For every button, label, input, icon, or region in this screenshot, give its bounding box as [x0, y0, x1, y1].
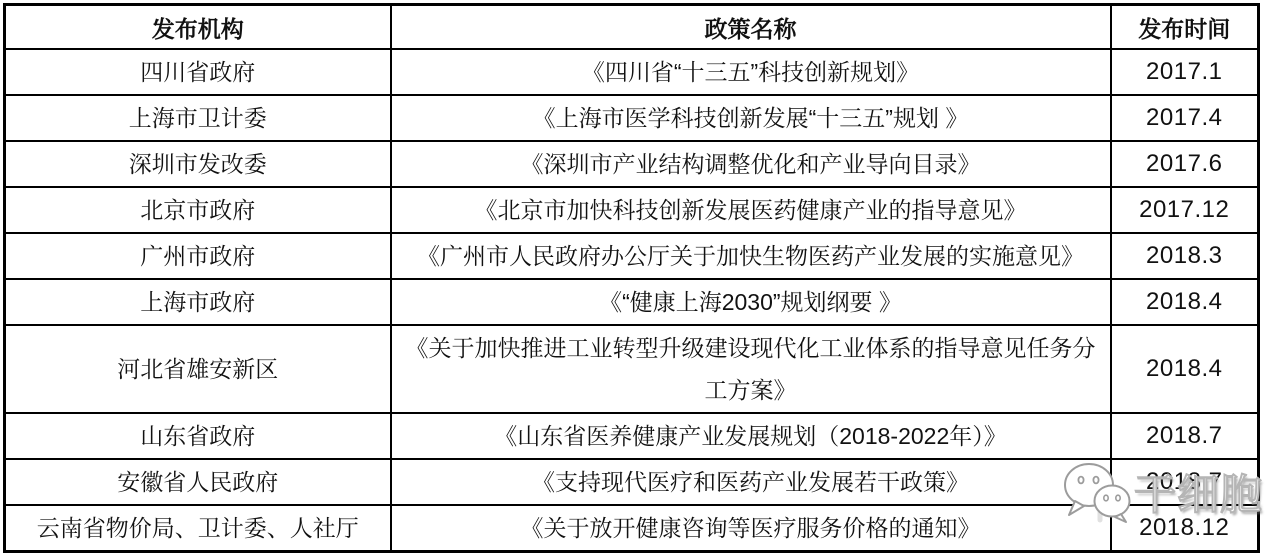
org-cell: 山东省政府 — [5, 413, 391, 459]
policy-cell: 《关于放开健康咨询等医疗服务价格的通知》 — [391, 505, 1111, 552]
table-row: 上海市政府《“健康上海2030”规划纲要 》2018.4 — [5, 279, 1259, 325]
date-cell: 2018.7 — [1111, 413, 1259, 459]
date-cell: 2018.3 — [1111, 233, 1259, 279]
policy-cell: 《上海市医学科技创新发展“十三五”规划 》 — [391, 95, 1111, 141]
page: { "table": { "columns": [ { "key": "org"… — [0, 0, 1267, 554]
org-cell: 四川省政府 — [5, 49, 391, 95]
header-date: 发布时间 — [1111, 5, 1259, 50]
org-cell: 深圳市发改委 — [5, 141, 391, 187]
table-row: 山东省政府《山东省医养健康产业发展规划（2018-2022年）》2018.7 — [5, 413, 1259, 459]
date-cell: 2017.12 — [1111, 187, 1259, 233]
policy-cell: 《四川省“十三五”科技创新规划》 — [391, 49, 1111, 95]
policy-cell: 《支持现代医疗和医药产业发展若干政策》 — [391, 459, 1111, 505]
policy-cell: 《山东省医养健康产业发展规划（2018-2022年）》 — [391, 413, 1111, 459]
table-row: 广州市政府《广州市人民政府办公厅关于加快生物医药产业发展的实施意见》2018.3 — [5, 233, 1259, 279]
date-cell: 2017.4 — [1111, 95, 1259, 141]
policy-cell: 《北京市加快科技创新发展医药健康产业的指导意见》 — [391, 187, 1111, 233]
header-org: 发布机构 — [5, 5, 391, 50]
policy-cell: 《关于加快推进工业转型升级建设现代化工业体系的指导意见任务分工方案》 — [391, 325, 1111, 413]
policy-cell: 《“健康上海2030”规划纲要 》 — [391, 279, 1111, 325]
org-cell: 广州市政府 — [5, 233, 391, 279]
table-row: 北京市政府《北京市加快科技创新发展医药健康产业的指导意见》2017.12 — [5, 187, 1259, 233]
policy-table: 发布机构 政策名称 发布时间 四川省政府《四川省“十三五”科技创新规划》2017… — [3, 3, 1260, 553]
table-row: 上海市卫计委《上海市医学科技创新发展“十三五”规划 》2017.4 — [5, 95, 1259, 141]
table-row: 深圳市发改委《深圳市产业结构调整优化和产业导向目录》2017.6 — [5, 141, 1259, 187]
date-cell: 2018.4 — [1111, 279, 1259, 325]
header-policy: 政策名称 — [391, 5, 1111, 50]
org-cell: 云南省物价局、卫计委、人社厅 — [5, 505, 391, 552]
org-cell: 河北省雄安新区 — [5, 325, 391, 413]
header-row: 发布机构 政策名称 发布时间 — [5, 5, 1259, 50]
table-row: 安徽省人民政府《支持现代医疗和医药产业发展若干政策》2018.7 — [5, 459, 1259, 505]
date-cell: 2017.6 — [1111, 141, 1259, 187]
table-row: 四川省政府《四川省“十三五”科技创新规划》2017.1 — [5, 49, 1259, 95]
policy-cell: 《深圳市产业结构调整优化和产业导向目录》 — [391, 141, 1111, 187]
org-cell: 上海市卫计委 — [5, 95, 391, 141]
date-cell: 2017.1 — [1111, 49, 1259, 95]
org-cell: 北京市政府 — [5, 187, 391, 233]
table-row: 河北省雄安新区《关于加快推进工业转型升级建设现代化工业体系的指导意见任务分工方案… — [5, 325, 1259, 413]
policy-cell: 《广州市人民政府办公厅关于加快生物医药产业发展的实施意见》 — [391, 233, 1111, 279]
date-cell: 2018.7 — [1111, 459, 1259, 505]
date-cell: 2018.12 — [1111, 505, 1259, 552]
table-body: 四川省政府《四川省“十三五”科技创新规划》2017.1上海市卫计委《上海市医学科… — [5, 49, 1259, 552]
org-cell: 上海市政府 — [5, 279, 391, 325]
date-cell: 2018.4 — [1111, 325, 1259, 413]
table-row: 云南省物价局、卫计委、人社厅《关于放开健康咨询等医疗服务价格的通知》2018.1… — [5, 505, 1259, 552]
org-cell: 安徽省人民政府 — [5, 459, 391, 505]
